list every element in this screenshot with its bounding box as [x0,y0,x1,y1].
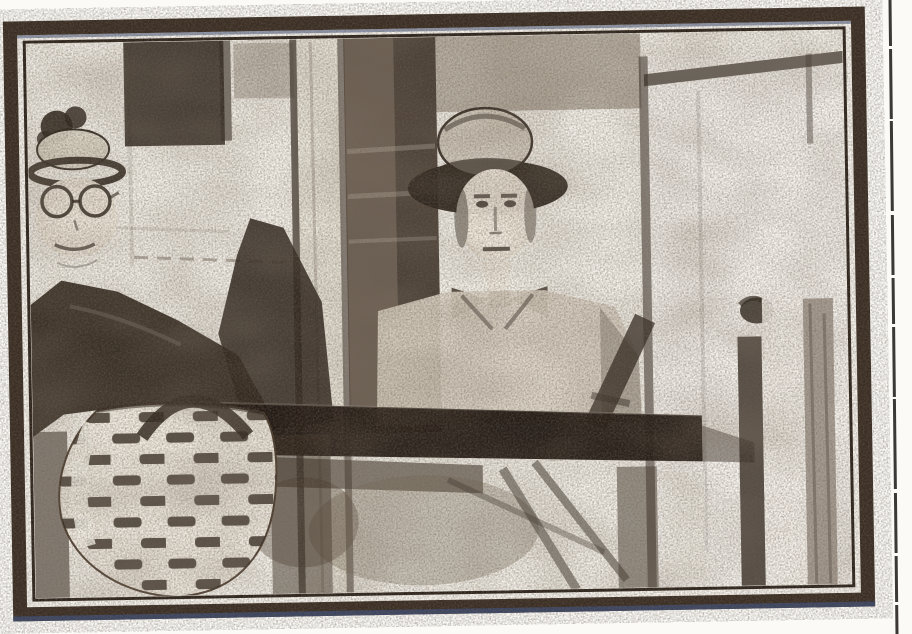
newspaper-photo-scan [0,0,912,634]
film-grain-overlay [3,7,875,622]
photo-frame [3,7,875,622]
